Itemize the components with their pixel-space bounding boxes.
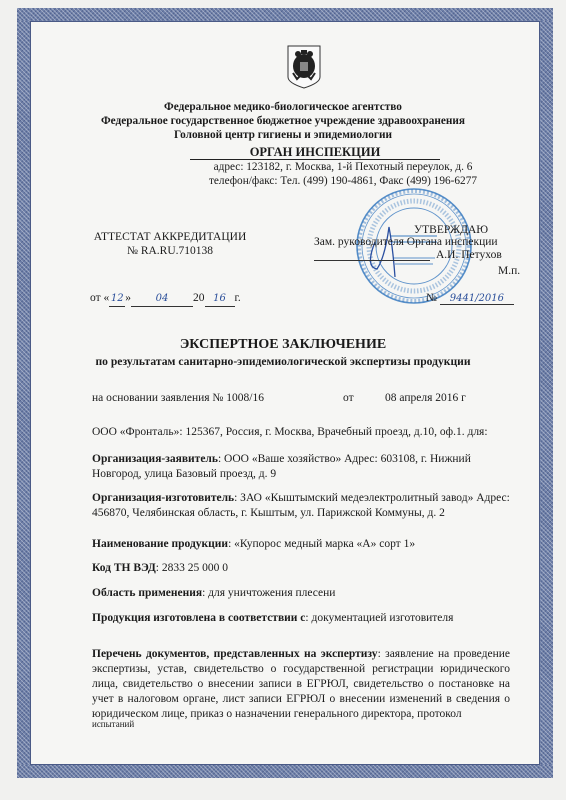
- code-field: Код ТН ВЭД: 2833 25 000 0: [92, 561, 510, 576]
- inspection-body-phone: телефон/факс: Тел. (499) 190-4861, Факс …: [0, 175, 566, 187]
- documents-label: Перечень документов, представленных на э…: [92, 648, 378, 660]
- signatory-name: А.И. Петухов: [436, 249, 502, 261]
- document-subtitle: по результатам санитарно-эпидемиологичес…: [0, 355, 566, 368]
- date-year-suffix: г.: [235, 292, 241, 304]
- applicant-label: Организация-заявитель: [92, 453, 218, 465]
- accreditation-number: № RA.RU.710138: [60, 244, 280, 259]
- product-field: Наименование продукции: «Купорос медный …: [92, 537, 510, 552]
- application-basis: на основании заявления № 1008/16: [92, 391, 264, 406]
- accreditation-label: АТТЕСТАТ АККРЕДИТАЦИИ: [60, 230, 280, 245]
- number-prefix: №: [426, 292, 437, 304]
- conformity-label: Продукция изготовлена в соответствии с: [92, 612, 305, 624]
- code-label: Код ТН ВЭД: [92, 562, 156, 574]
- signature-icon: [370, 227, 395, 277]
- manufacturer-field: Организация-изготовитель: ЗАО «Кыштымски…: [92, 491, 510, 521]
- documents-tail: испытаний: [92, 719, 134, 729]
- seal-place-label: М.п.: [498, 265, 520, 277]
- intermediary-info: ООО «Фронталь»: 125367, Россия, г. Москв…: [92, 425, 510, 440]
- manufacturer-label: Организация-изготовитель: [92, 492, 234, 504]
- applicant-field: Организация-заявитель: ООО «Ваше хозяйст…: [92, 452, 510, 482]
- document-title: ЭКСПЕРТНОЕ ЗАКЛЮЧЕНИЕ: [0, 337, 566, 353]
- date-day: 12: [109, 291, 125, 307]
- scope-field: Область применения: для уничтожения плес…: [92, 586, 510, 601]
- documents-field: Перечень документов, представленных на э…: [92, 647, 510, 722]
- accreditation-date: от «12»042016г.: [90, 291, 241, 307]
- date-prefix: от «: [90, 292, 109, 304]
- agency-name: Федеральное медико-биологическое агентст…: [0, 101, 566, 113]
- approve-label: УТВЕРЖДАЮ: [414, 224, 488, 236]
- date-year: 16: [205, 291, 235, 307]
- code-value: : 2833 25 000 0: [156, 562, 228, 574]
- scope-label: Область применения: [92, 587, 202, 599]
- scope-value: : для уничтожения плесени: [202, 587, 335, 599]
- approver-position: Зам. руководителя Органа инспекции: [314, 236, 498, 248]
- russian-coat-of-arms-icon: [287, 45, 321, 89]
- inspection-body-title: ОРГАН ИНСПЕКЦИИ: [190, 145, 440, 160]
- application-date-prefix: от: [343, 391, 354, 406]
- product-label: Наименование продукции: [92, 538, 228, 550]
- institution-name: Федеральное государственное бюджетное уч…: [0, 115, 566, 127]
- signature-line: [314, 260, 430, 261]
- number-value: 9441/2016: [440, 293, 514, 305]
- center-name: Головной центр гигиены и эпидемиологии: [0, 129, 566, 141]
- inspection-body-address: адрес: 123182, г. Москва, 1-й Пехотный п…: [0, 161, 566, 173]
- date-month: 04: [131, 291, 193, 307]
- conformity-value: : документацией изготовителя: [305, 612, 453, 624]
- date-year-prefix: 20: [193, 292, 205, 304]
- product-value: : «Купорос медный марка «А» сорт 1»: [228, 538, 415, 550]
- approval-number: № 9441/2016: [426, 292, 514, 305]
- conformity-field: Продукция изготовлена в соответствии с: …: [92, 611, 510, 626]
- application-date: 08 апреля 2016 г: [385, 391, 466, 406]
